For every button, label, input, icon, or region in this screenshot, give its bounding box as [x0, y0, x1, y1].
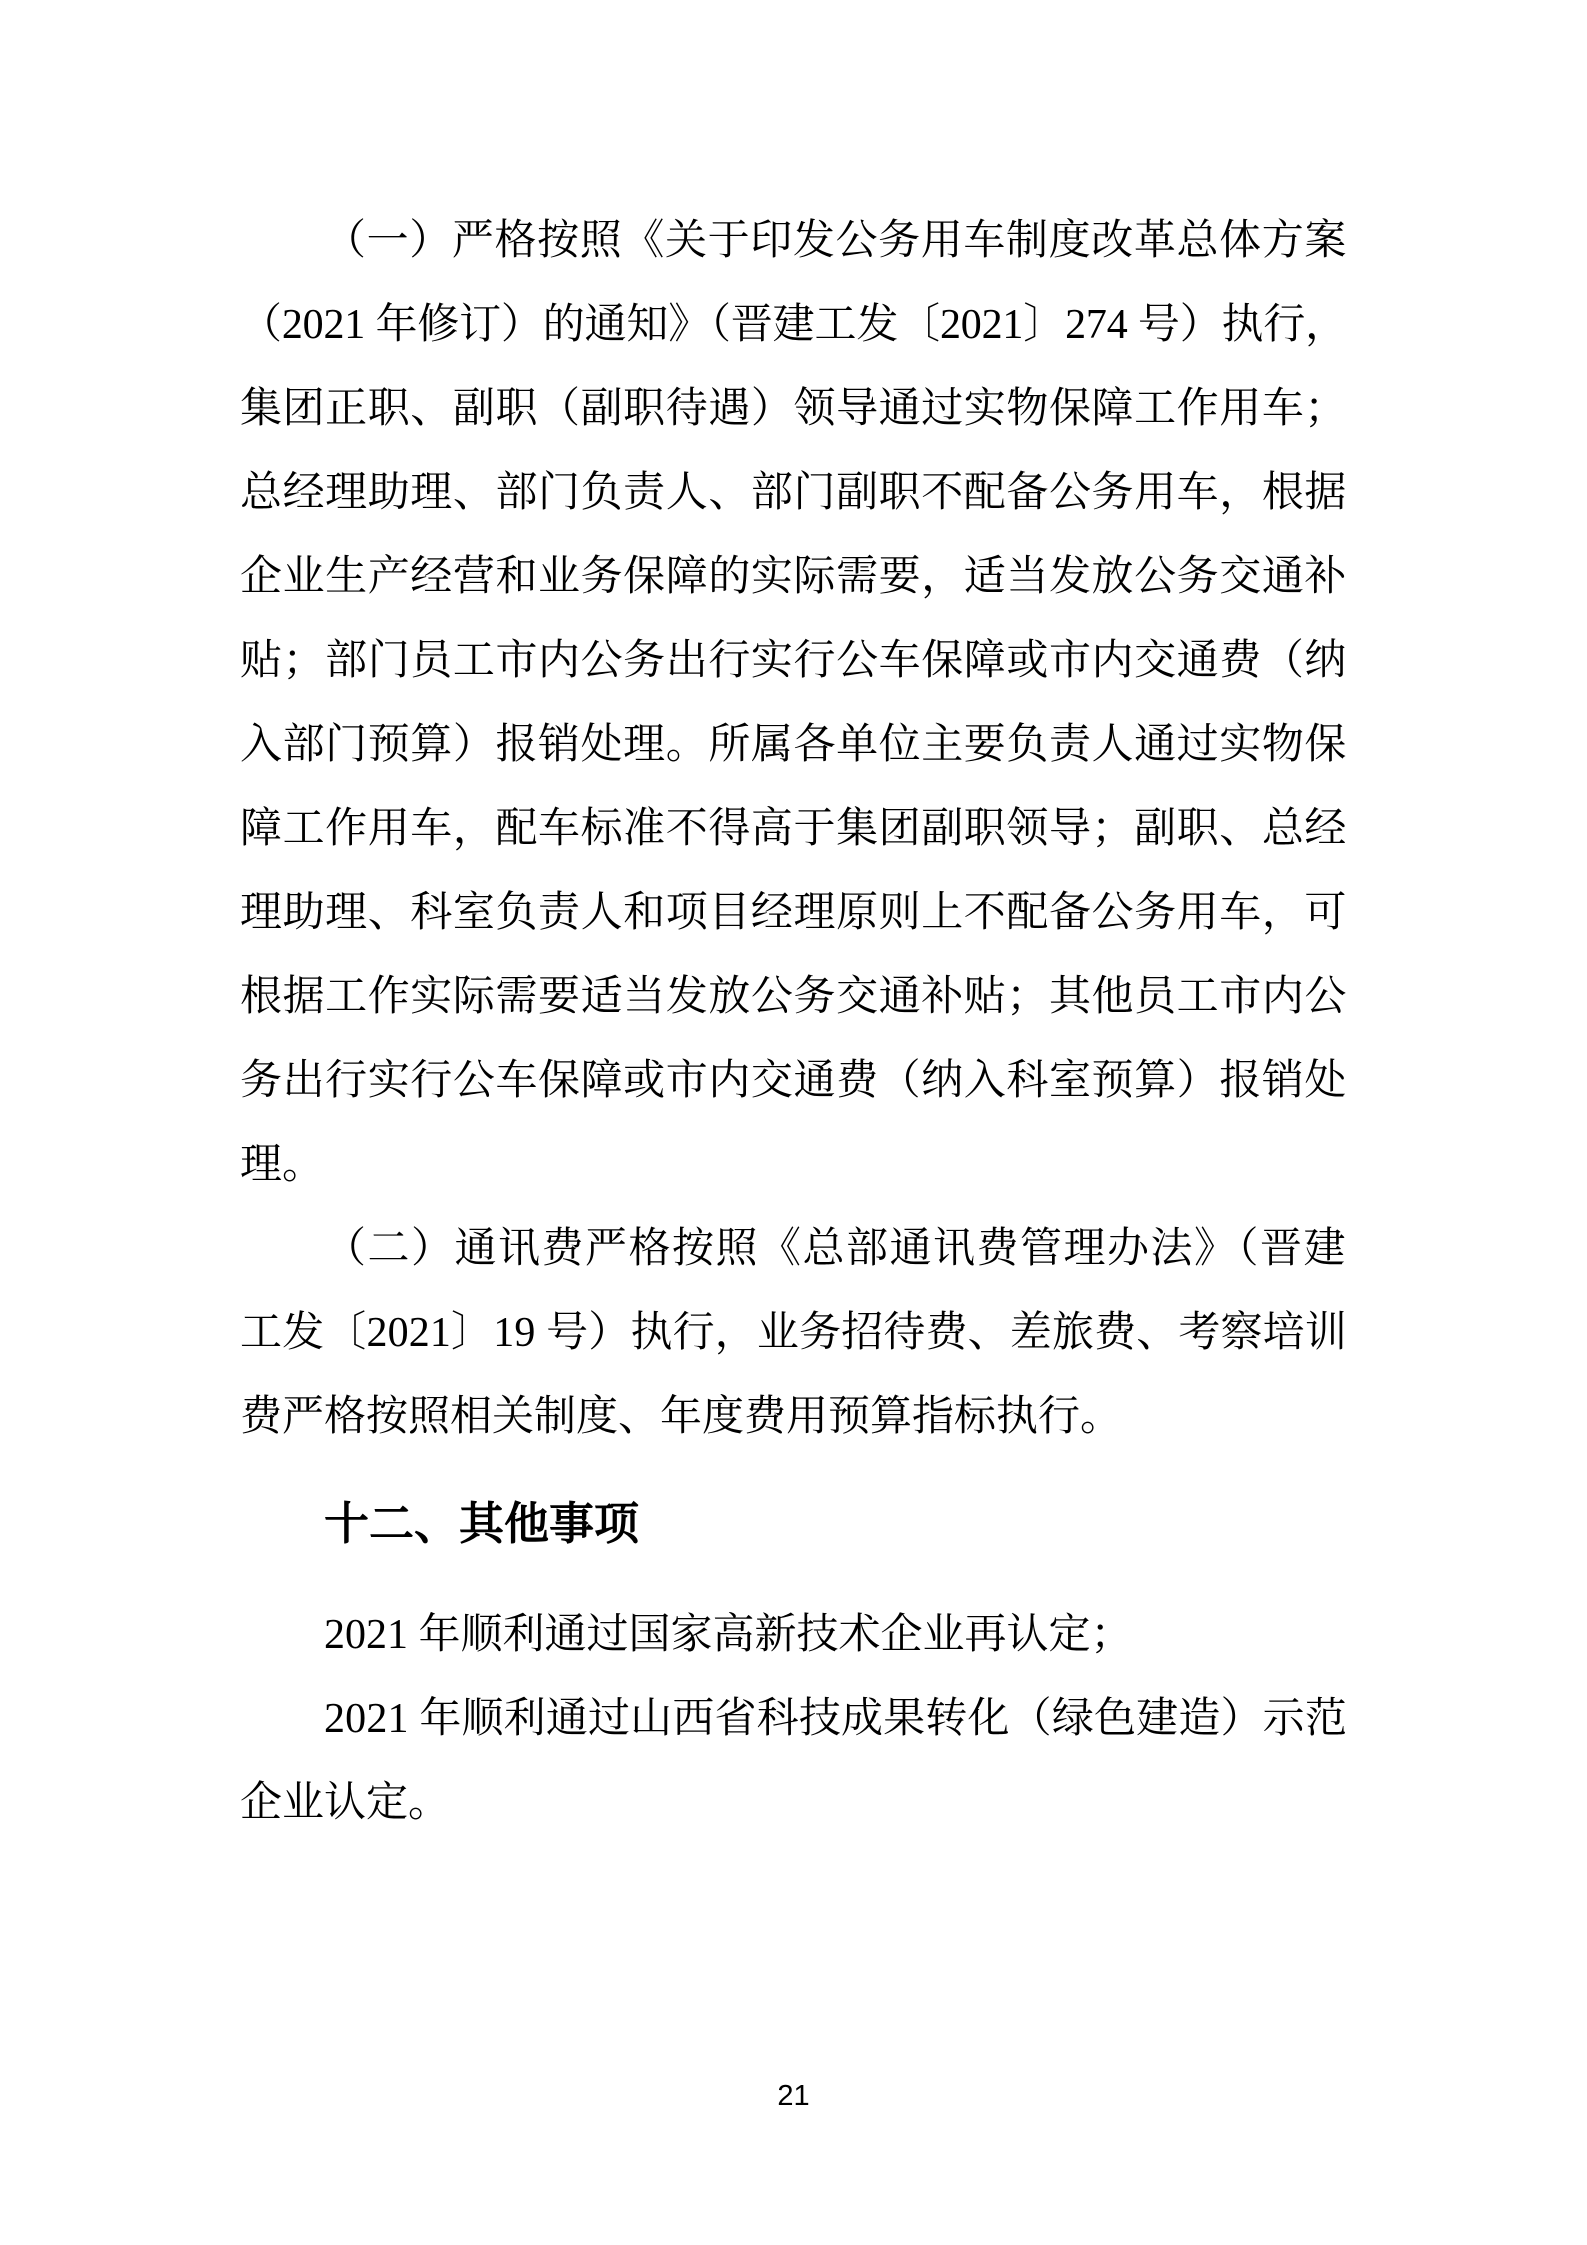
page-number: 21 [0, 2080, 1587, 2113]
text-line: 入部门预算）报销处理。所属各单位主要负责人通过实物保 [240, 703, 1347, 787]
text-line: 理助理、科室负责人和项目经理原则上不配备公务用车，可 [240, 871, 1347, 955]
text-line: （二）通讯费严格按照《总部通讯费管理办法》（晋建 [240, 1207, 1347, 1291]
text-line: 集团正职、副职（副职待遇）领导通过实物保障工作用车； [240, 367, 1347, 451]
text-line: 务出行实行公车保障或市内交通费（纳入科室预算）报销处 [240, 1039, 1347, 1123]
text-line: 工发〔2021〕19 号）执行，业务招待费、差旅费、考察培训 [240, 1291, 1347, 1375]
paragraph-block-2: 2021 年顺利通过国家高新技术企业再认定；2021 年顺利通过山西省科技成果转… [240, 1593, 1347, 1845]
text-line: 企业认定。 [240, 1761, 1347, 1845]
text-line: （2021 年修订）的通知》（晋建工发〔2021〕274 号）执行， [240, 283, 1347, 367]
text-line: （一）严格按照《关于印发公务用车制度改革总体方案 [240, 199, 1347, 283]
text-line: 费严格按照相关制度、年度费用预算指标执行。 [240, 1375, 1347, 1459]
text-line: 根据工作实际需要适当发放公务交通补贴；其他员工市内公 [240, 955, 1347, 1039]
body-text: （一）严格按照《关于印发公务用车制度改革总体方案（2021 年修订）的通知》（晋… [240, 199, 1347, 1845]
paragraph-block-1: （一）严格按照《关于印发公务用车制度改革总体方案（2021 年修订）的通知》（晋… [240, 199, 1347, 1459]
text-line: 贴；部门员工市内公务出行实行公车保障或市内交通费（纳 [240, 619, 1347, 703]
section-heading: 十二、其他事项 [240, 1482, 1347, 1566]
text-line: 障工作用车，配车标准不得高于集团副职领导；副职、总经 [240, 787, 1347, 871]
text-line: 2021 年顺利通过国家高新技术企业再认定； [240, 1593, 1347, 1677]
text-line: 理。 [240, 1123, 1347, 1207]
text-line: 2021 年顺利通过山西省科技成果转化（绿色建造）示范 [240, 1677, 1347, 1761]
text-line: 企业生产经营和业务保障的实际需要，适当发放公务交通补 [240, 535, 1347, 619]
text-line: 总经理助理、部门负责人、部门副职不配备公务用车，根据 [240, 451, 1347, 535]
document-page: （一）严格按照《关于印发公务用车制度改革总体方案（2021 年修订）的通知》（晋… [0, 0, 1587, 2245]
